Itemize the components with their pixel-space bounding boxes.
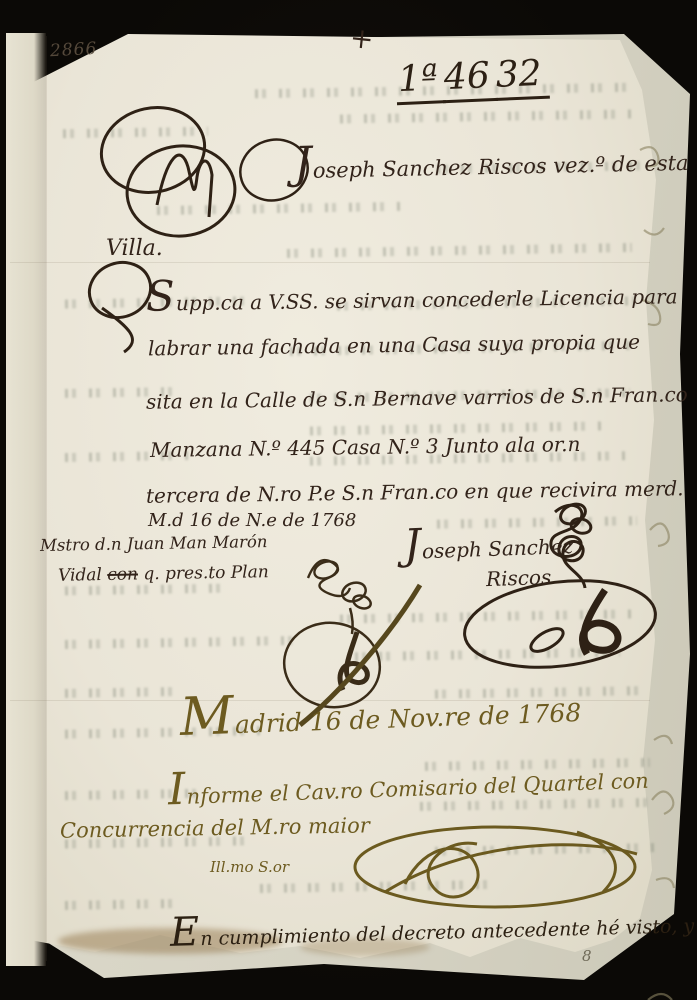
- under-page-number: 8: [582, 947, 592, 965]
- archival-number-part: 32: [493, 53, 550, 101]
- manuscript-photo: 8 2866 + 1ª4632 Joseph Sanchez Riscos ve…: [0, 0, 697, 1000]
- fold-crease: [46, 36, 47, 961]
- margin-note-struck-word: con: [107, 564, 138, 585]
- archival-number-part: 46: [441, 55, 498, 103]
- signature-line1: Joseph Sanchez: [404, 527, 574, 564]
- decree-rubric: [345, 822, 655, 912]
- left-fold: [6, 33, 46, 966]
- petition-date-line: M.d 16 de N.e de 1768: [148, 510, 356, 531]
- archival-number-part: 1ª: [395, 57, 446, 105]
- margin-note-line1: Mstro d.n Juan Man Marón: [40, 532, 268, 555]
- archival-number: 1ª4632: [395, 53, 547, 105]
- margin-note-suffix: q. pres.to Plan: [138, 562, 269, 584]
- pencil-number: 2866: [50, 39, 98, 61]
- petitioner-name-line2: Villa.: [106, 236, 163, 261]
- signature-line2: Riscos: [486, 565, 552, 591]
- margin-note-prefix: Vidal: [58, 565, 108, 586]
- decree-addressee: Ill.mo S.or: [210, 858, 289, 876]
- cross-mark: +: [348, 21, 375, 56]
- margin-note-line2: Vidal con q. pres.to Plan: [58, 562, 269, 586]
